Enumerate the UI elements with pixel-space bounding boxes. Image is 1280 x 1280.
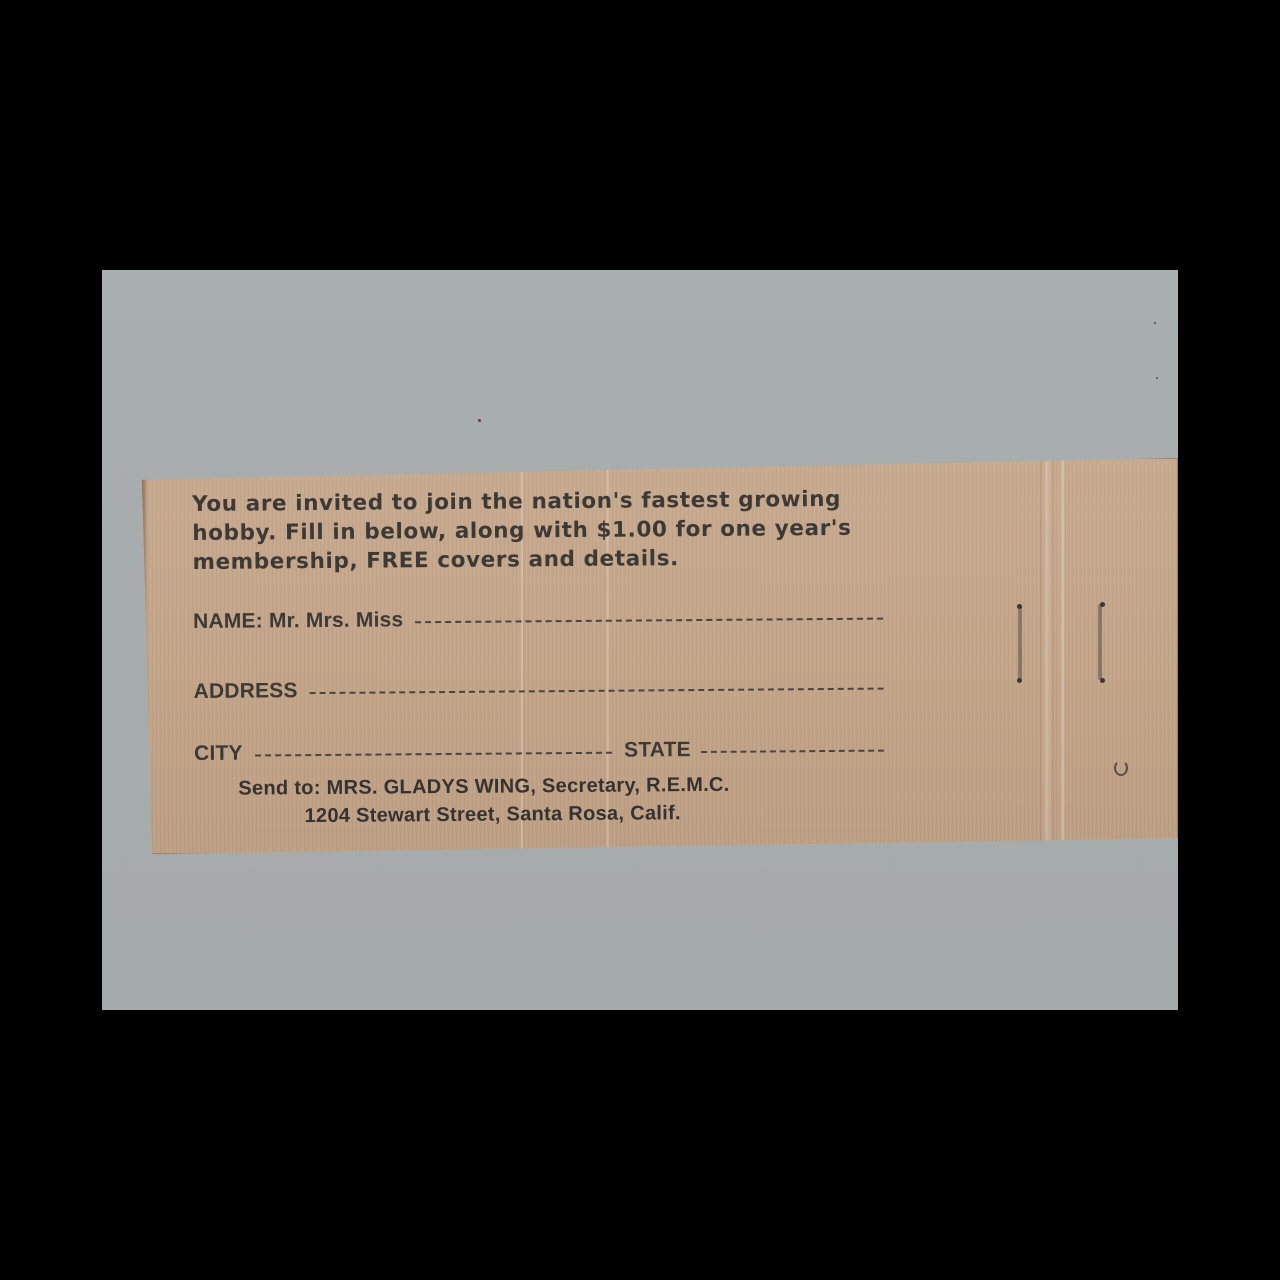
city-blank-line [255, 752, 612, 757]
staple-mark-right [1098, 604, 1102, 680]
staple-hole [1100, 678, 1105, 683]
mailing-address: 1204 Stewart Street, Santa Rosa, Calif. [304, 802, 680, 828]
send-to-prefix: Send to: [238, 777, 321, 800]
state-label: STATE [624, 738, 691, 763]
dust-speck [1156, 377, 1158, 379]
send-to-line: Send to: MRS. GLADYS WING, Secretary, R.… [238, 774, 729, 801]
staple-mark-left [1018, 606, 1022, 680]
name-label: NAME: Mr. Mrs. Miss [193, 608, 404, 634]
ink-mark [1114, 760, 1128, 776]
dust-speck [1154, 322, 1156, 324]
dust-speck [478, 419, 481, 422]
intro-line: membership, FREE covers and details. [192, 543, 882, 577]
invitation-paragraph: You are invited to join the nation's fas… [192, 485, 883, 577]
name-blank-line [415, 618, 883, 624]
staple-hole [1017, 678, 1022, 683]
city-label: CITY [194, 742, 243, 766]
intro-line: hobby. Fill in below, along with $1.00 f… [192, 514, 882, 548]
address-blank-line [310, 688, 884, 695]
staple-hole [1100, 602, 1105, 607]
address-label: ADDRESS [193, 679, 297, 704]
state-blank-line [701, 750, 884, 753]
staple-hole [1017, 604, 1022, 609]
fold-crease [1060, 458, 1066, 854]
recipient: MRS. GLADYS WING, Secretary, R.E.M.C. [327, 774, 730, 799]
striker-fold [1040, 458, 1054, 854]
cover-text: You are invited to join the nation's fas… [192, 485, 883, 577]
